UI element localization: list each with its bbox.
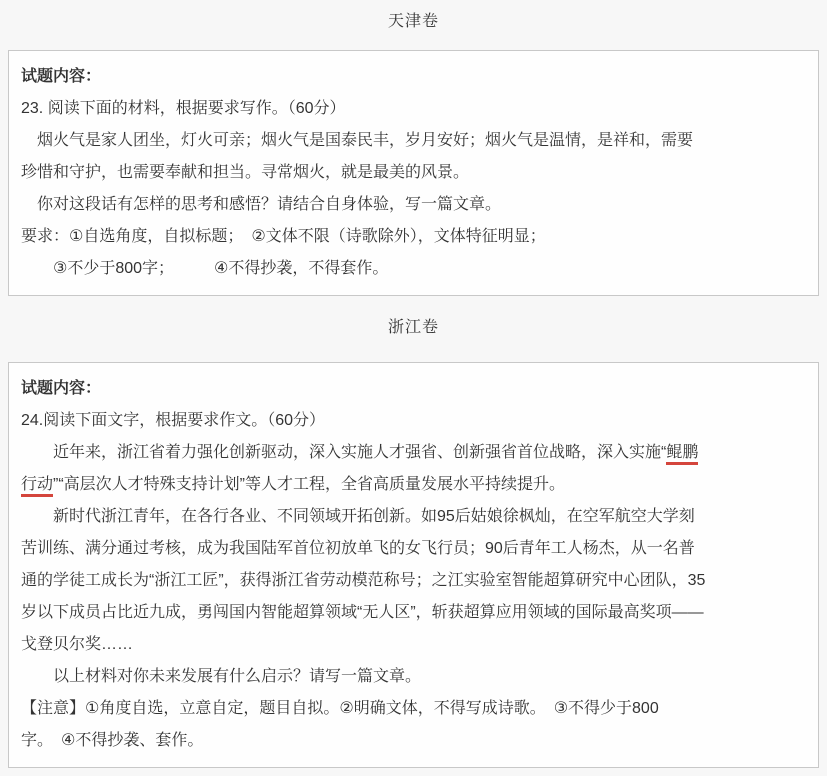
text-line: 近年来，浙江省着力强化创新驱动，深入实施人才强省、创新强省首位战略，深入实施“鲲… <box>21 437 806 469</box>
red-underlined-text: 行动 <box>21 476 53 497</box>
text-segment: ③不少于800字； ④不得抄袭，不得套作。 <box>21 260 388 277</box>
text-line: 行动”“高层次人才特殊支持计划”等人才工程，全省高质量发展水平持续提升。 <box>21 469 806 501</box>
text-segment: 23. 阅读下面的材料，根据要求写作。（60分） <box>21 100 346 117</box>
text-line: 字。 ④不得抄袭、套作。 <box>21 725 806 757</box>
text-segment: 24.阅读下面文字，根据要求作文。（60分） <box>21 412 325 429</box>
text-segment: 新时代浙江青年，在各行各业、不同领域开拓创新。如95后姑娘徐枫灿，在空军航空大学… <box>21 508 695 525</box>
text-segment: 以上材料对你未来发展有什么启示？请写一篇文章。 <box>21 668 421 685</box>
text-line: 珍惜和守护，也需要奉献和担当。寻常烟火，就是最美的风景。 <box>21 157 806 189</box>
question-box-tianjin: 试题内容： 23. 阅读下面的材料，根据要求写作。（60分） 烟火气是家人团坐，… <box>8 50 819 296</box>
text-line: ③不少于800字； ④不得抄袭，不得套作。 <box>21 253 806 285</box>
text-segment: 戈登贝尔奖…… <box>21 636 133 653</box>
text-line: 新时代浙江青年，在各行各业、不同领域开拓创新。如95后姑娘徐枫灿，在空军航空大学… <box>21 501 806 533</box>
question-text-tianjin: 23. 阅读下面的材料，根据要求写作。（60分） 烟火气是家人团坐，灯火可亲；烟… <box>21 93 806 285</box>
text-segment: 要求：①自选角度，自拟标题； ②文体不限（诗歌除外），文体特征明显； <box>21 228 546 245</box>
text-line: 你对这段话有怎样的思考和感悟？请结合自身体验，写一篇文章。 <box>21 189 806 221</box>
text-line: 要求：①自选角度，自拟标题； ②文体不限（诗歌除外），文体特征明显； <box>21 221 806 253</box>
text-segment: 近年来，浙江省着力强化创新驱动，深入实施人才强省、创新强省首位战略，深入实施“ <box>21 444 666 461</box>
text-line: 苦训练、满分通过考核，成为我国陆军首位初放单飞的女飞行员；90后青年工人杨杰，从… <box>21 533 806 565</box>
text-line: 以上材料对你未来发展有什么启示？请写一篇文章。 <box>21 661 806 693</box>
text-segment: 苦训练、满分通过考核，成为我国陆军首位初放单飞的女飞行员；90后青年工人杨杰，从… <box>21 540 695 557</box>
text-line: 戈登贝尔奖…… <box>21 629 806 661</box>
text-segment: 烟火气是家人团坐，灯火可亲；烟火气是国泰民丰，岁月安好；烟火气是温情，是祥和，需… <box>21 132 693 149</box>
red-underlined-text: 鲲鹏 <box>666 444 698 465</box>
text-line: 岁以下成员占比近九成，勇闯国内智能超算领域“无人区”，斩获超算应用领域的国际最高… <box>21 597 806 629</box>
text-segment: 岁以下成员占比近九成，勇闯国内智能超算领域“无人区”，斩获超算应用领域的国际最高… <box>21 604 704 621</box>
text-line: 烟火气是家人团坐，灯火可亲；烟火气是国泰民丰，岁月安好；烟火气是温情，是祥和，需… <box>21 125 806 157</box>
text-segment: ”“高层次人才特殊支持计划”等人才工程，全省高质量发展水平持续提升。 <box>53 476 565 493</box>
text-segment: 字。 ④不得抄袭、套作。 <box>21 732 203 749</box>
text-segment: 你对这段话有怎样的思考和感悟？请结合自身体验，写一篇文章。 <box>21 196 501 213</box>
question-box-zhejiang: 试题内容： 24.阅读下面文字，根据要求作文。（60分） 近年来，浙江省着力强化… <box>8 362 819 768</box>
question-text-zhejiang: 24.阅读下面文字，根据要求作文。（60分） 近年来，浙江省着力强化创新驱动，深… <box>21 405 806 757</box>
text-line: 【注意】①角度自选，立意自定，题目自拟。②明确文体，不得写成诗歌。 ③不得少于8… <box>21 693 806 725</box>
text-line: 通的学徒工成长为“浙江工匠”，获得浙江省劳动模范称号；之江实验室智能超算研究中心… <box>21 565 806 597</box>
exam-document: 天津卷 试题内容： 23. 阅读下面的材料，根据要求写作。（60分） 烟火气是家… <box>0 0 827 768</box>
section-title-tianjin: 天津卷 <box>0 0 827 50</box>
text-line: 23. 阅读下面的材料，根据要求写作。（60分） <box>21 93 806 125</box>
text-segment: 【注意】①角度自选，立意自定，题目自拟。②明确文体，不得写成诗歌。 ③不得少于8… <box>21 700 659 717</box>
box-label-question-content: 试题内容： <box>21 373 806 405</box>
text-segment: 通的学徒工成长为“浙江工匠”，获得浙江省劳动模范称号；之江实验室智能超算研究中心… <box>21 572 705 589</box>
section-title-zhejiang: 浙江卷 <box>0 296 827 362</box>
box-label-question-content: 试题内容： <box>21 61 806 93</box>
text-line: 24.阅读下面文字，根据要求作文。（60分） <box>21 405 806 437</box>
text-segment: 珍惜和守护，也需要奉献和担当。寻常烟火，就是最美的风景。 <box>21 164 469 181</box>
